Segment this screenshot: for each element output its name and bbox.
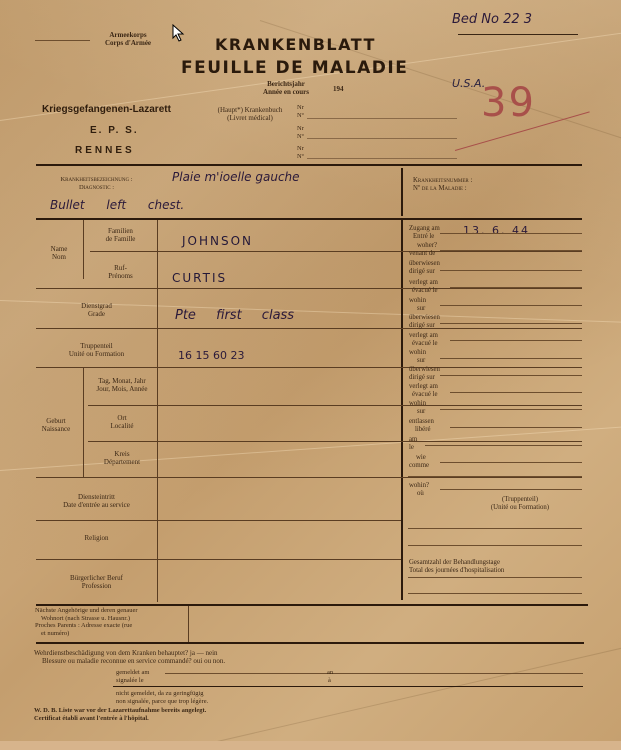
movement-label-fr: évacué le [409, 340, 438, 348]
total-days-label: Gesamtzahl der Behandlungstage Total des… [409, 559, 504, 574]
no-de: Nr [297, 125, 304, 133]
movement-line [450, 427, 582, 428]
birth-label-fr: Naissance [30, 425, 82, 433]
label-value-divider [157, 220, 158, 602]
wdb-label: W. D. B. Liste war vor der Lazarettaufna… [34, 707, 206, 722]
birth-place-label-fr: Localité [86, 422, 158, 430]
surname-label-fr: de Famille [84, 235, 157, 243]
paper-crease [200, 637, 621, 746]
diagnosis-label-de: Krankheitsbezeichnung : [44, 176, 149, 184]
reported-fr: signalée le [116, 677, 149, 685]
title-german: KRANKENBLATT [215, 35, 376, 54]
hospital-city: RENNES [75, 145, 135, 156]
next-of-kin-bottom-rule [36, 642, 584, 644]
case-number-de: Krankheitsnummer : [413, 177, 472, 185]
no-fr: Nº [297, 133, 304, 141]
profession-de: Bürgerlicher Beruf [36, 574, 157, 582]
name-rule [36, 288, 582, 289]
birth-date-rule [88, 405, 582, 406]
corps-fill-line [35, 40, 90, 41]
wdb-de: W. D. B. Liste war vor der Lazarettaufna… [34, 707, 206, 715]
next-of-kin-label: Nächste Angehörige und deren genauer Woh… [35, 607, 187, 637]
movement-label-de: wie [409, 454, 429, 462]
no-fr: Nº [297, 112, 304, 120]
next-of-kin-de-1: Nächste Angehörige und deren genauer [35, 607, 187, 615]
movement-line [440, 305, 582, 306]
service-entry-de: Diensteintritt [36, 493, 157, 501]
surname-label: Familien de Famille [84, 227, 157, 243]
name-label: Name Nom [36, 245, 82, 261]
movement-label-fr: comme [409, 462, 429, 470]
movement-label-de: wohin [409, 400, 426, 408]
bed-number-underline [458, 34, 578, 35]
movement-label-de: verlegt am [409, 383, 438, 391]
destination-unit-fr: (Unité ou Formation) [460, 504, 580, 512]
firstname-label: Ruf- Prénoms [84, 264, 157, 280]
to-label: an à [327, 669, 333, 684]
movement-row: verlegt am évacué le [409, 332, 438, 347]
destination-unit-label: (Truppenteil) (Unité ou Formation) [460, 496, 580, 511]
torn-paper-edge [0, 741, 621, 750]
surname-value: JOHNSON [182, 234, 253, 248]
birth-dept-label: Kreis Département [86, 450, 158, 466]
unit-label: Truppenteil Unité ou Formation [36, 342, 157, 358]
third-no-line [307, 158, 457, 159]
birth-label: Geburt Naissance [30, 417, 82, 433]
unit-rule [36, 367, 582, 368]
book-label-de: (Haupt*) Krankenbuch [200, 106, 300, 114]
movement-line [408, 545, 582, 546]
movement-label-de: woher? [409, 242, 437, 250]
red-pencil-number: 39 [481, 80, 536, 126]
next-of-kin-divider [188, 606, 189, 642]
movement-label-de: überwiesen [409, 366, 440, 374]
movement-line [450, 392, 582, 393]
service-entry-fr: Date d'entrée au service [36, 501, 157, 509]
report-year-de: Berichtsjahr [256, 80, 316, 88]
firstname-label-fr: Prénoms [84, 272, 157, 280]
diagnosis-rule [36, 218, 582, 220]
service-entry-label: Diensteintritt Date d'entrée au service [36, 493, 157, 509]
firstname-value: CURTIS [172, 271, 227, 285]
profession-fr: Profession [36, 582, 157, 590]
movement-label-fr: dirigé sur [409, 322, 440, 330]
movement-row: überwiesen dirigé sur [409, 260, 440, 275]
movement-line [440, 270, 582, 271]
report-year-fr: Année en cours [256, 88, 316, 96]
profession-label: Bürgerlicher Beruf Profession [36, 574, 157, 590]
movement-row: wohin sur [409, 400, 426, 415]
hospital-label: Kriegsgefangenen-Lazarett [42, 104, 171, 115]
total-days-line [408, 577, 582, 578]
movement-label-de: verlegt am [409, 332, 438, 340]
movement-label-fr: dirigé sur [409, 374, 440, 382]
next-of-kin-de-2: Wohnort (nach Strasse u. Hausnr.) [35, 615, 187, 623]
movement-label-fr: sur [409, 305, 426, 313]
reported-label: gemeldet am signalée le [116, 669, 149, 684]
movement-line [440, 375, 582, 376]
movement-row: wohin sur [409, 349, 426, 364]
unit-label-de: Truppenteil [36, 342, 157, 350]
total-days-line [408, 593, 582, 594]
unit-value: 16 15 60 23 [178, 349, 244, 362]
birth-place-rule [88, 441, 582, 442]
movement-row: wie comme [409, 454, 429, 469]
religion-label: Religion [36, 534, 157, 542]
book-no-label: NrNº [297, 104, 304, 119]
book-label-fr: (Livret médical) [200, 114, 300, 122]
movement-row: überwiesen dirigé sur [409, 314, 440, 329]
movement-label-fr: le [409, 444, 417, 452]
name-label-fr: Nom [36, 253, 82, 261]
book-no-line [307, 118, 457, 119]
movement-line [440, 233, 582, 234]
diagnosis-divider [401, 168, 403, 216]
movement-label-de: wohin? [409, 482, 429, 490]
movement-line [440, 358, 582, 359]
case-number-label: Krankheitsnummer : Nº de la Maladie : [413, 177, 472, 192]
not-reported-fr: non signalée, parce que trop légère. [116, 698, 208, 706]
total-days-fr: Total des journées d'hospitalisation [409, 567, 504, 575]
movement-label-fr: sur [409, 408, 426, 416]
no-fr: Nº [297, 153, 304, 161]
movement-label-de: entlassen [409, 418, 434, 426]
rank-value: Pte first class [175, 308, 294, 323]
reported-line [165, 673, 583, 674]
rank-rule [36, 328, 582, 329]
movement-line [440, 250, 582, 251]
to-de: an [327, 669, 333, 677]
rank-label-fr: Grade [36, 310, 157, 318]
religion-rule [36, 559, 401, 560]
rank-label-de: Dienstgrad [36, 302, 157, 310]
unit-label-fr: Unité ou Formation [36, 350, 157, 358]
next-of-kin-top-rule [36, 604, 588, 606]
case-number-fr: Nº de la Maladie : [413, 185, 472, 193]
second-no-line [307, 138, 457, 139]
movement-label-fr: évacué le [409, 287, 438, 295]
movement-line [440, 323, 582, 324]
second-no-label: NrNº [297, 125, 304, 140]
movement-label-de: Zugang am [409, 225, 457, 233]
firstname-label-de: Ruf- [84, 264, 157, 272]
movement-label-de: wohin [409, 349, 426, 357]
movement-row: am le [409, 436, 417, 451]
movement-line [450, 340, 582, 341]
movement-label-de: wohin [409, 297, 426, 305]
movement-label-de: verlegt am [409, 279, 438, 287]
diagnosis-label-fr: Diagnostic : [44, 184, 149, 192]
movement-label-fr: dirigé sur [409, 268, 440, 276]
movement-label-fr: où [409, 490, 429, 498]
movement-label-de: am [409, 436, 417, 444]
corps-label: Armeekorps Corps d'Armée [88, 31, 168, 47]
bed-number-handwritten: Bed No 22 3 [452, 12, 532, 27]
movements-divider [401, 220, 403, 600]
movement-row: verlegt am évacué le [409, 279, 438, 294]
book-label: (Haupt*) Krankenbuch (Livret médical) [200, 106, 300, 122]
birth-place-label-de: Ort [86, 414, 158, 422]
header-rule [36, 164, 582, 166]
movement-row: wohin? où [409, 482, 429, 497]
movement-line [450, 287, 582, 288]
service-injury-question-fr: Blessure ou maladie reconnue en service … [42, 658, 225, 666]
not-reported-de: nicht gemeldet, da zu geringfügig [116, 690, 208, 698]
surname-label-de: Familien [84, 227, 157, 235]
third-no-label: NrNº [297, 145, 304, 160]
service-entry-rule [36, 520, 401, 521]
movement-row: woher? venant de [409, 242, 437, 257]
movement-line [440, 462, 582, 463]
movement-row: überwiesen dirigé sur [409, 366, 440, 381]
movement-label-fr: venant de [409, 250, 437, 258]
movement-line [408, 528, 582, 529]
no-de: Nr [297, 145, 304, 153]
report-year-value: 194 [333, 85, 344, 93]
diagnosis-value-english: Bullet left chest. [50, 198, 184, 212]
movement-label-fr: libéré [409, 426, 434, 434]
total-days-de: Gesamtzahl der Behandlungstage [409, 559, 504, 567]
birth-date-label: Tag, Monat, Jahr Jour, Mois, Année [86, 377, 158, 393]
movement-label-fr: sur [409, 357, 426, 365]
reported-rule [113, 686, 583, 687]
surname-rule [90, 251, 582, 252]
not-reported-label: nicht gemeldet, da zu geringfügig non si… [116, 690, 208, 705]
movement-label-de: überwiesen [409, 314, 440, 322]
wdb-fr: Certificat établi avant l'entrée à l'hôp… [34, 715, 206, 723]
corps-label-fr: Corps d'Armée [88, 39, 168, 47]
movement-line [440, 409, 582, 410]
movement-row: entlassen libéré [409, 418, 434, 433]
diagnosis-value-french: Plaie m'ioelle gauche [172, 170, 300, 184]
birth-dept-label-de: Kreis [86, 450, 158, 458]
birth-dept-label-fr: Département [86, 458, 158, 466]
rank-label: Dienstgrad Grade [36, 302, 157, 318]
movement-row: verlegt am évacué le [409, 383, 438, 398]
next-of-kin-fr-1: Proches Parents : Adresse exacte (rue [35, 622, 187, 630]
birth-rule [36, 477, 582, 478]
movement-line [440, 489, 582, 490]
corps-label-de: Armeekorps [88, 31, 168, 39]
movement-label-de: überwiesen [409, 260, 440, 268]
next-of-kin-fr-2: et numéro) [35, 630, 187, 638]
reported-de: gemeldet am [116, 669, 149, 677]
birth-date-label-de: Tag, Monat, Jahr [86, 377, 158, 385]
movement-row: wohin sur [409, 297, 426, 312]
birth-label-de: Geburt [30, 417, 82, 425]
to-fr: à [327, 677, 333, 685]
movement-line [408, 476, 582, 477]
movement-line [425, 445, 582, 446]
birth-subdivider [83, 368, 84, 478]
birth-date-label-fr: Jour, Mois, Année [86, 385, 158, 393]
hospital-eps: E. P. S. [90, 125, 139, 136]
admission-date-value: 13. 6. 44 [463, 224, 530, 237]
destination-unit-de: (Truppenteil) [460, 496, 580, 504]
name-label-de: Name [36, 245, 82, 253]
movement-label-fr: évacué le [409, 391, 438, 399]
title-french: FEUILLE DE MALADIE [181, 58, 408, 78]
medical-sheet-document: Armeekorps Corps d'Armée KRANKENBLATT FE… [0, 0, 621, 750]
diagnosis-label: Krankheitsbezeichnung : Diagnostic : [44, 176, 149, 191]
no-de: Nr [297, 104, 304, 112]
mouse-cursor-icon [172, 24, 186, 42]
birth-place-label: Ort Localité [86, 414, 158, 430]
report-year-label: Berichtsjahr Année en cours [256, 80, 316, 96]
